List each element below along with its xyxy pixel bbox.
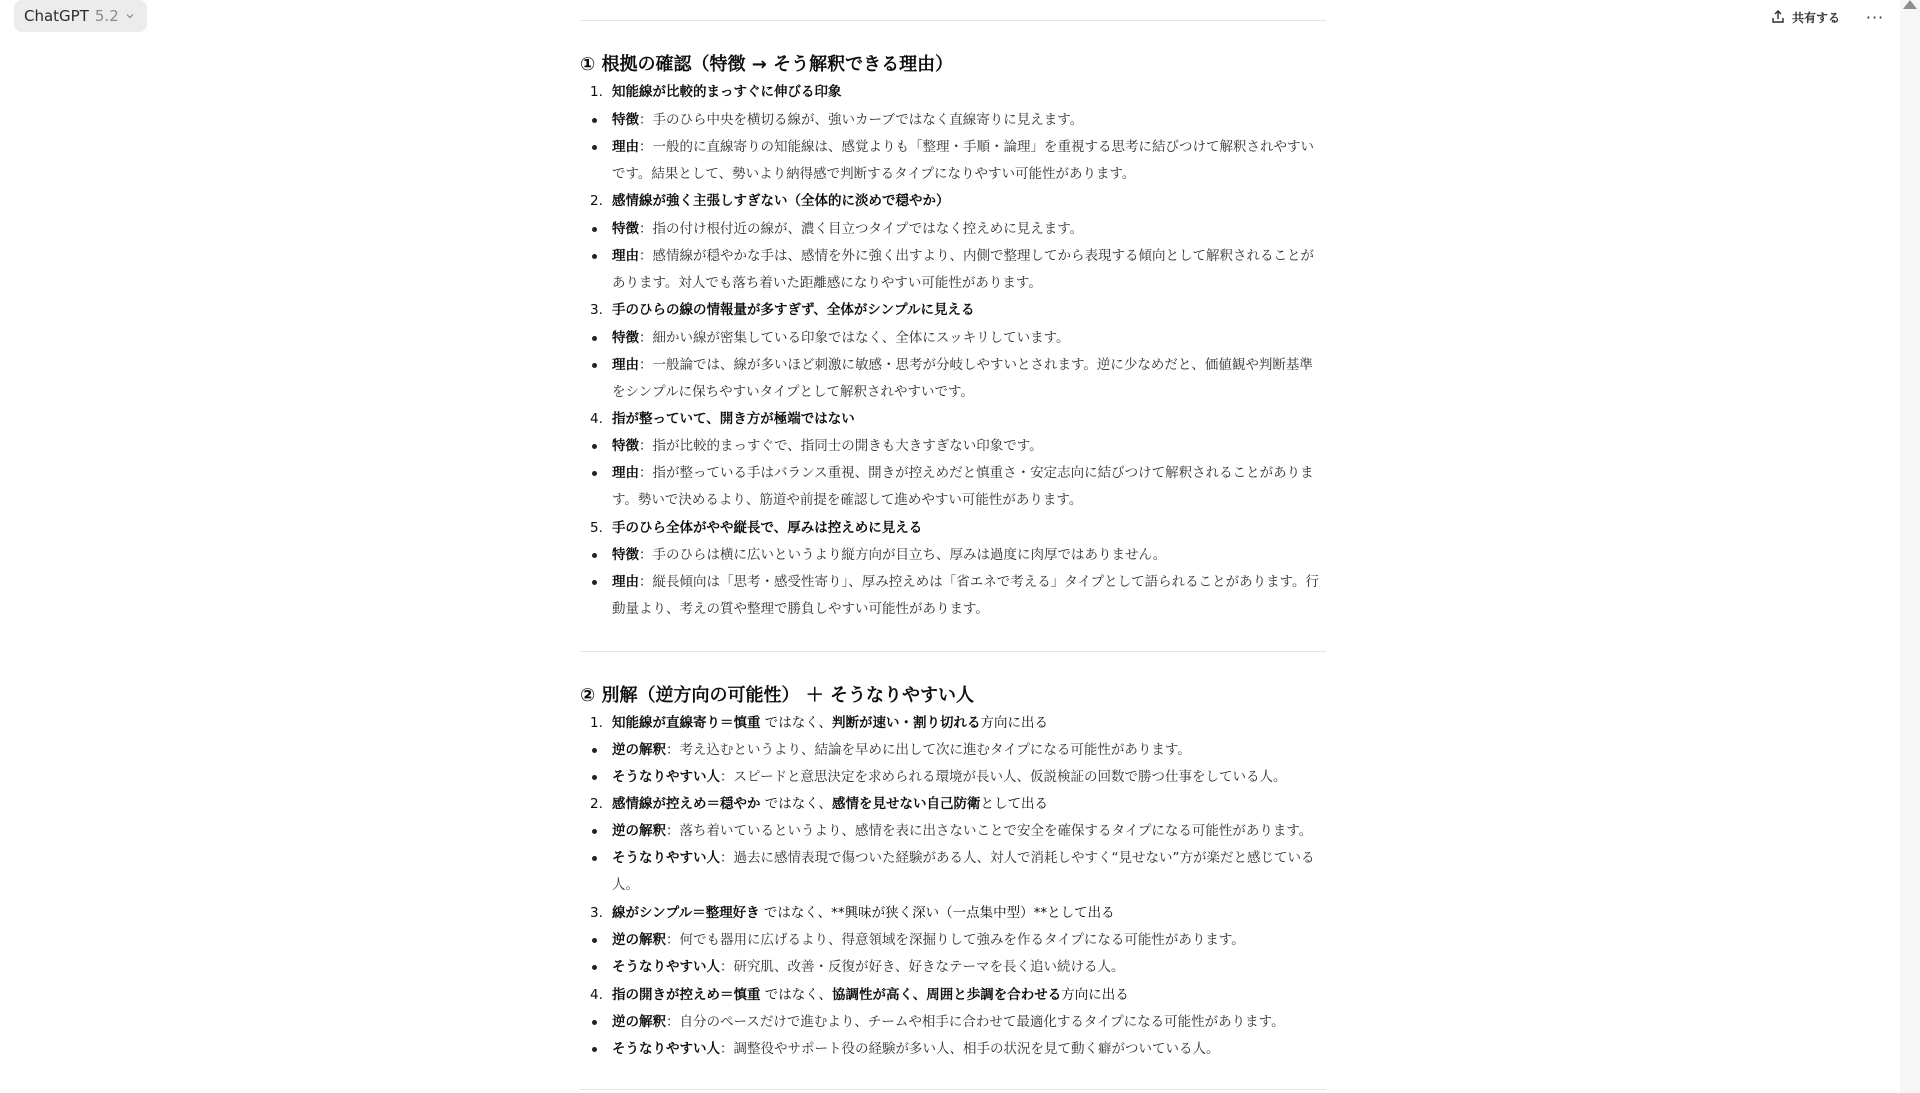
share-label: 共有する bbox=[1792, 9, 1840, 26]
top-bar: ChatGPT 5.2 共有する ··· bbox=[0, 0, 1920, 36]
divider bbox=[580, 20, 1326, 21]
more-options-button[interactable]: ··· bbox=[1864, 4, 1886, 30]
scrollbar[interactable] bbox=[1900, 0, 1920, 1093]
model-version: 5.2 bbox=[95, 7, 119, 25]
share-icon bbox=[1770, 9, 1786, 25]
divider bbox=[580, 651, 1326, 652]
chevron-down-icon bbox=[125, 11, 135, 21]
model-selector-button[interactable]: ChatGPT 5.2 bbox=[14, 0, 147, 32]
scroll-up-arrow-icon[interactable] bbox=[1903, 0, 1917, 9]
section-title: ① 根拠の確認（特徴 → そう解釈できる理由） bbox=[580, 50, 953, 76]
section-title: ② 別解（逆方向の可能性） ＋ そうなりやすい人 bbox=[580, 681, 974, 707]
share-button[interactable]: 共有する bbox=[1770, 4, 1840, 30]
model-name: ChatGPT bbox=[24, 7, 89, 25]
divider bbox=[580, 1089, 1326, 1090]
